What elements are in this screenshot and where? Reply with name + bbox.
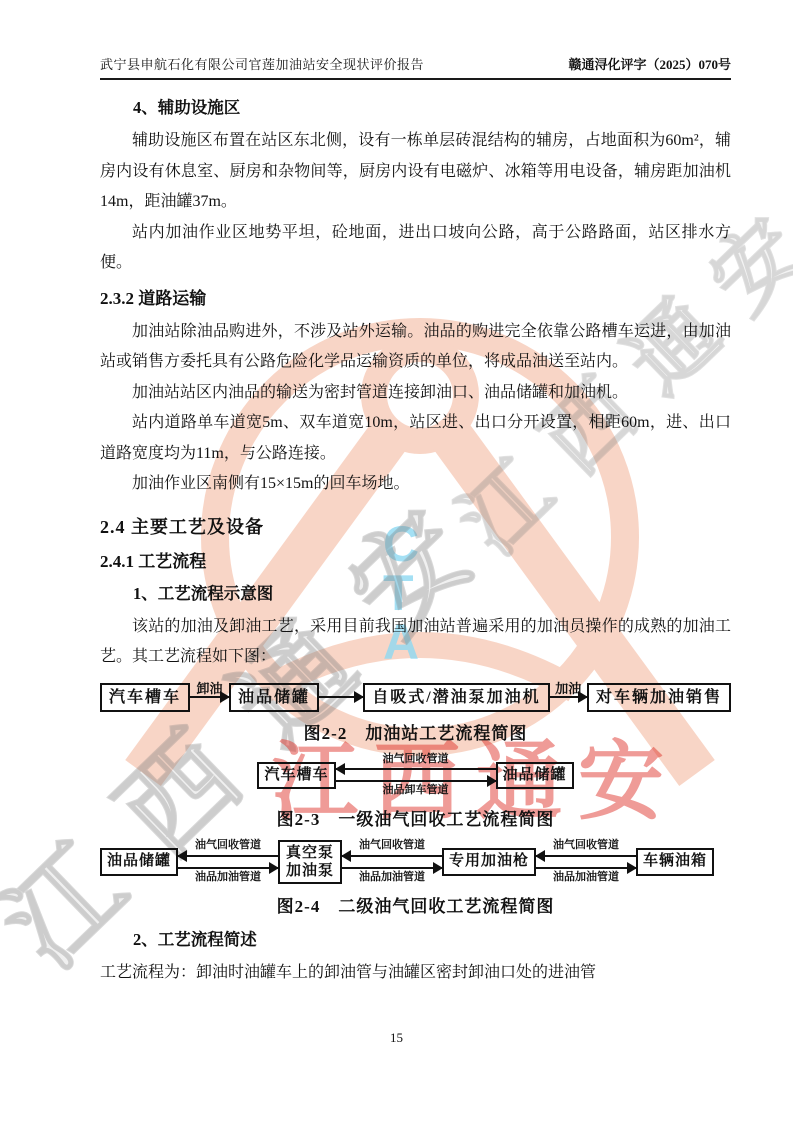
figure-2-3-caption: 图2-3 一级油气回收工艺流程简图 [100,807,731,833]
oil-fueling-pipe-label: 油品加油管道 [178,871,278,885]
aux-facilities-heading: 4、辅助设施区 [100,94,731,122]
flow-node-special-nozzle: 专用加油枪 [442,848,536,876]
paragraph-road-2: 加油站站区内油品的输送为密封管道连接卸油口、油品储罐和加油机。 [100,378,731,409]
paragraph-aux-2: 站内加油作业区地势平坦，砼地面，进出口坡向公路，高于公路路面，站区排水方便。 [100,218,731,279]
arrow-right-icon [319,696,363,698]
flow-node-storage-tank: 油品储罐 [229,683,319,712]
section-2-4-heading: 2.4 主要工艺及设备 [100,512,731,542]
paragraph-road-3: 站内道路单车道宽5m、双车道宽10m，站区进、出口分开设置，相距60m，进、出口… [100,408,731,469]
vapor-recovery-pipe-label: 油气回收管道 [336,753,496,767]
page-number: 15 [0,1030,793,1046]
arrow-right-icon [190,696,229,698]
spacer [100,80,731,94]
figure-2-2-flow-diagram: 汽车槽车 卸油 油品储罐 自吸式/潜油泵加油机 加油 对车辆加油销售 [100,683,731,712]
arrow-right-icon [178,867,278,869]
pump-line-2: 加油泵 [286,862,334,880]
arrow-right-icon [550,696,587,698]
vapor-recovery-pipe-label: 油气回收管道 [178,839,278,853]
paragraph-process-summary: 工艺流程为：卸油时油罐车上的卸油管与油罐区密封卸油口处的进油管 [100,958,731,989]
arrow-left-icon [536,855,636,857]
figure-2-2-caption: 图2-2 加油站工艺流程简图 [100,721,731,747]
paragraph-aux-1: 辅助设施区布置在站区东北侧，设有一栋单层砖混结构的辅房，占地面积为60m²，辅房… [100,126,731,218]
vapor-recovery-pipe-label: 油气回收管道 [342,839,442,853]
arrow-right-icon [336,780,496,782]
oil-fueling-pipe-label: 油品加油管道 [342,871,442,885]
arrow-left-icon [178,855,278,857]
double-pipe-connector: 油气回收管道 油品加油管道 [342,839,442,885]
arrow-left-icon [342,855,442,857]
header-document-number: 赣通浔化评字（2025）070号 [568,54,731,73]
flow-node-tanker-truck: 汽车槽车 [100,683,190,712]
item-1-heading: 1、工艺流程示意图 [100,580,731,608]
arrow-right-icon [536,867,636,869]
figure-2-4-caption: 图2-4 二级油气回收工艺流程简图 [100,894,731,920]
paragraph-road-4: 加油作业区南侧有15×15m的回车场地。 [100,469,731,500]
double-pipe-connector: 油气回收管道 油品加油管道 [536,839,636,885]
flow-node-tanker-truck: 汽车槽车 [257,762,335,790]
flow-connector: 加油 [550,696,587,698]
arrow-right-icon [342,867,442,869]
oil-fueling-pipe-label: 油品加油管道 [536,871,636,885]
flow-node-storage-tank: 油品储罐 [496,762,574,790]
header-report-title: 武宁县申航石化有限公司官莲加油站安全现状评价报告 [100,54,424,73]
figure-2-3-flow-diagram: 汽车槽车 油气回收管道 油品卸车管道 油品储罐 [100,753,731,799]
page-header: 武宁县申航石化有限公司官莲加油站安全现状评价报告 赣通浔化评字（2025）070… [100,54,731,80]
oil-unloading-pipe-label: 油品卸车管道 [336,784,496,798]
flow-node-storage-tank: 油品储罐 [100,848,178,876]
flow-connector [319,696,363,698]
pump-line-1: 真空泵 [286,844,334,862]
flow-node-vehicle-tank: 车辆油箱 [636,848,714,876]
double-pipe-connector: 油气回收管道 油品卸车管道 [336,753,496,799]
flow-node-vehicle-sales: 对车辆加油销售 [587,683,731,712]
page-content: 武宁县申航石化有限公司官莲加油站安全现状评价报告 赣通浔化评字（2025）070… [0,0,793,988]
figure-2-4-flow-diagram: 油品储罐 油气回收管道 油品加油管道 真空泵 加油泵 油气回收管道 油品加油管道… [100,839,731,885]
document-page: 武宁县申航石化有限公司官莲加油站安全现状评价报告 赣通浔化评字（2025）070… [0,0,793,1122]
paragraph-road-1: 加油站除油品购进外，不涉及站外运输。油品的购进完全依靠公路槽车运进，由加油站或销… [100,317,731,378]
vapor-recovery-pipe-label: 油气回收管道 [536,839,636,853]
section-2-3-2-heading: 2.3.2 道路运输 [100,285,731,313]
double-pipe-connector: 油气回收管道 油品加油管道 [178,839,278,885]
section-2-4-1-heading: 2.4.1 工艺流程 [100,548,731,576]
flow-node-vacuum-fuel-pump: 真空泵 加油泵 [278,840,342,884]
flow-connector: 卸油 [190,696,229,698]
item-2-heading: 2、工艺流程简述 [100,926,731,954]
arrow-left-icon [336,768,496,770]
flow-node-dispenser: 自吸式/潜油泵加油机 [363,683,549,712]
paragraph-process-intro: 该站的加油及卸油工艺，采用目前我国加油站普遍采用的加油员操作的成熟的加油工艺。其… [100,612,731,673]
